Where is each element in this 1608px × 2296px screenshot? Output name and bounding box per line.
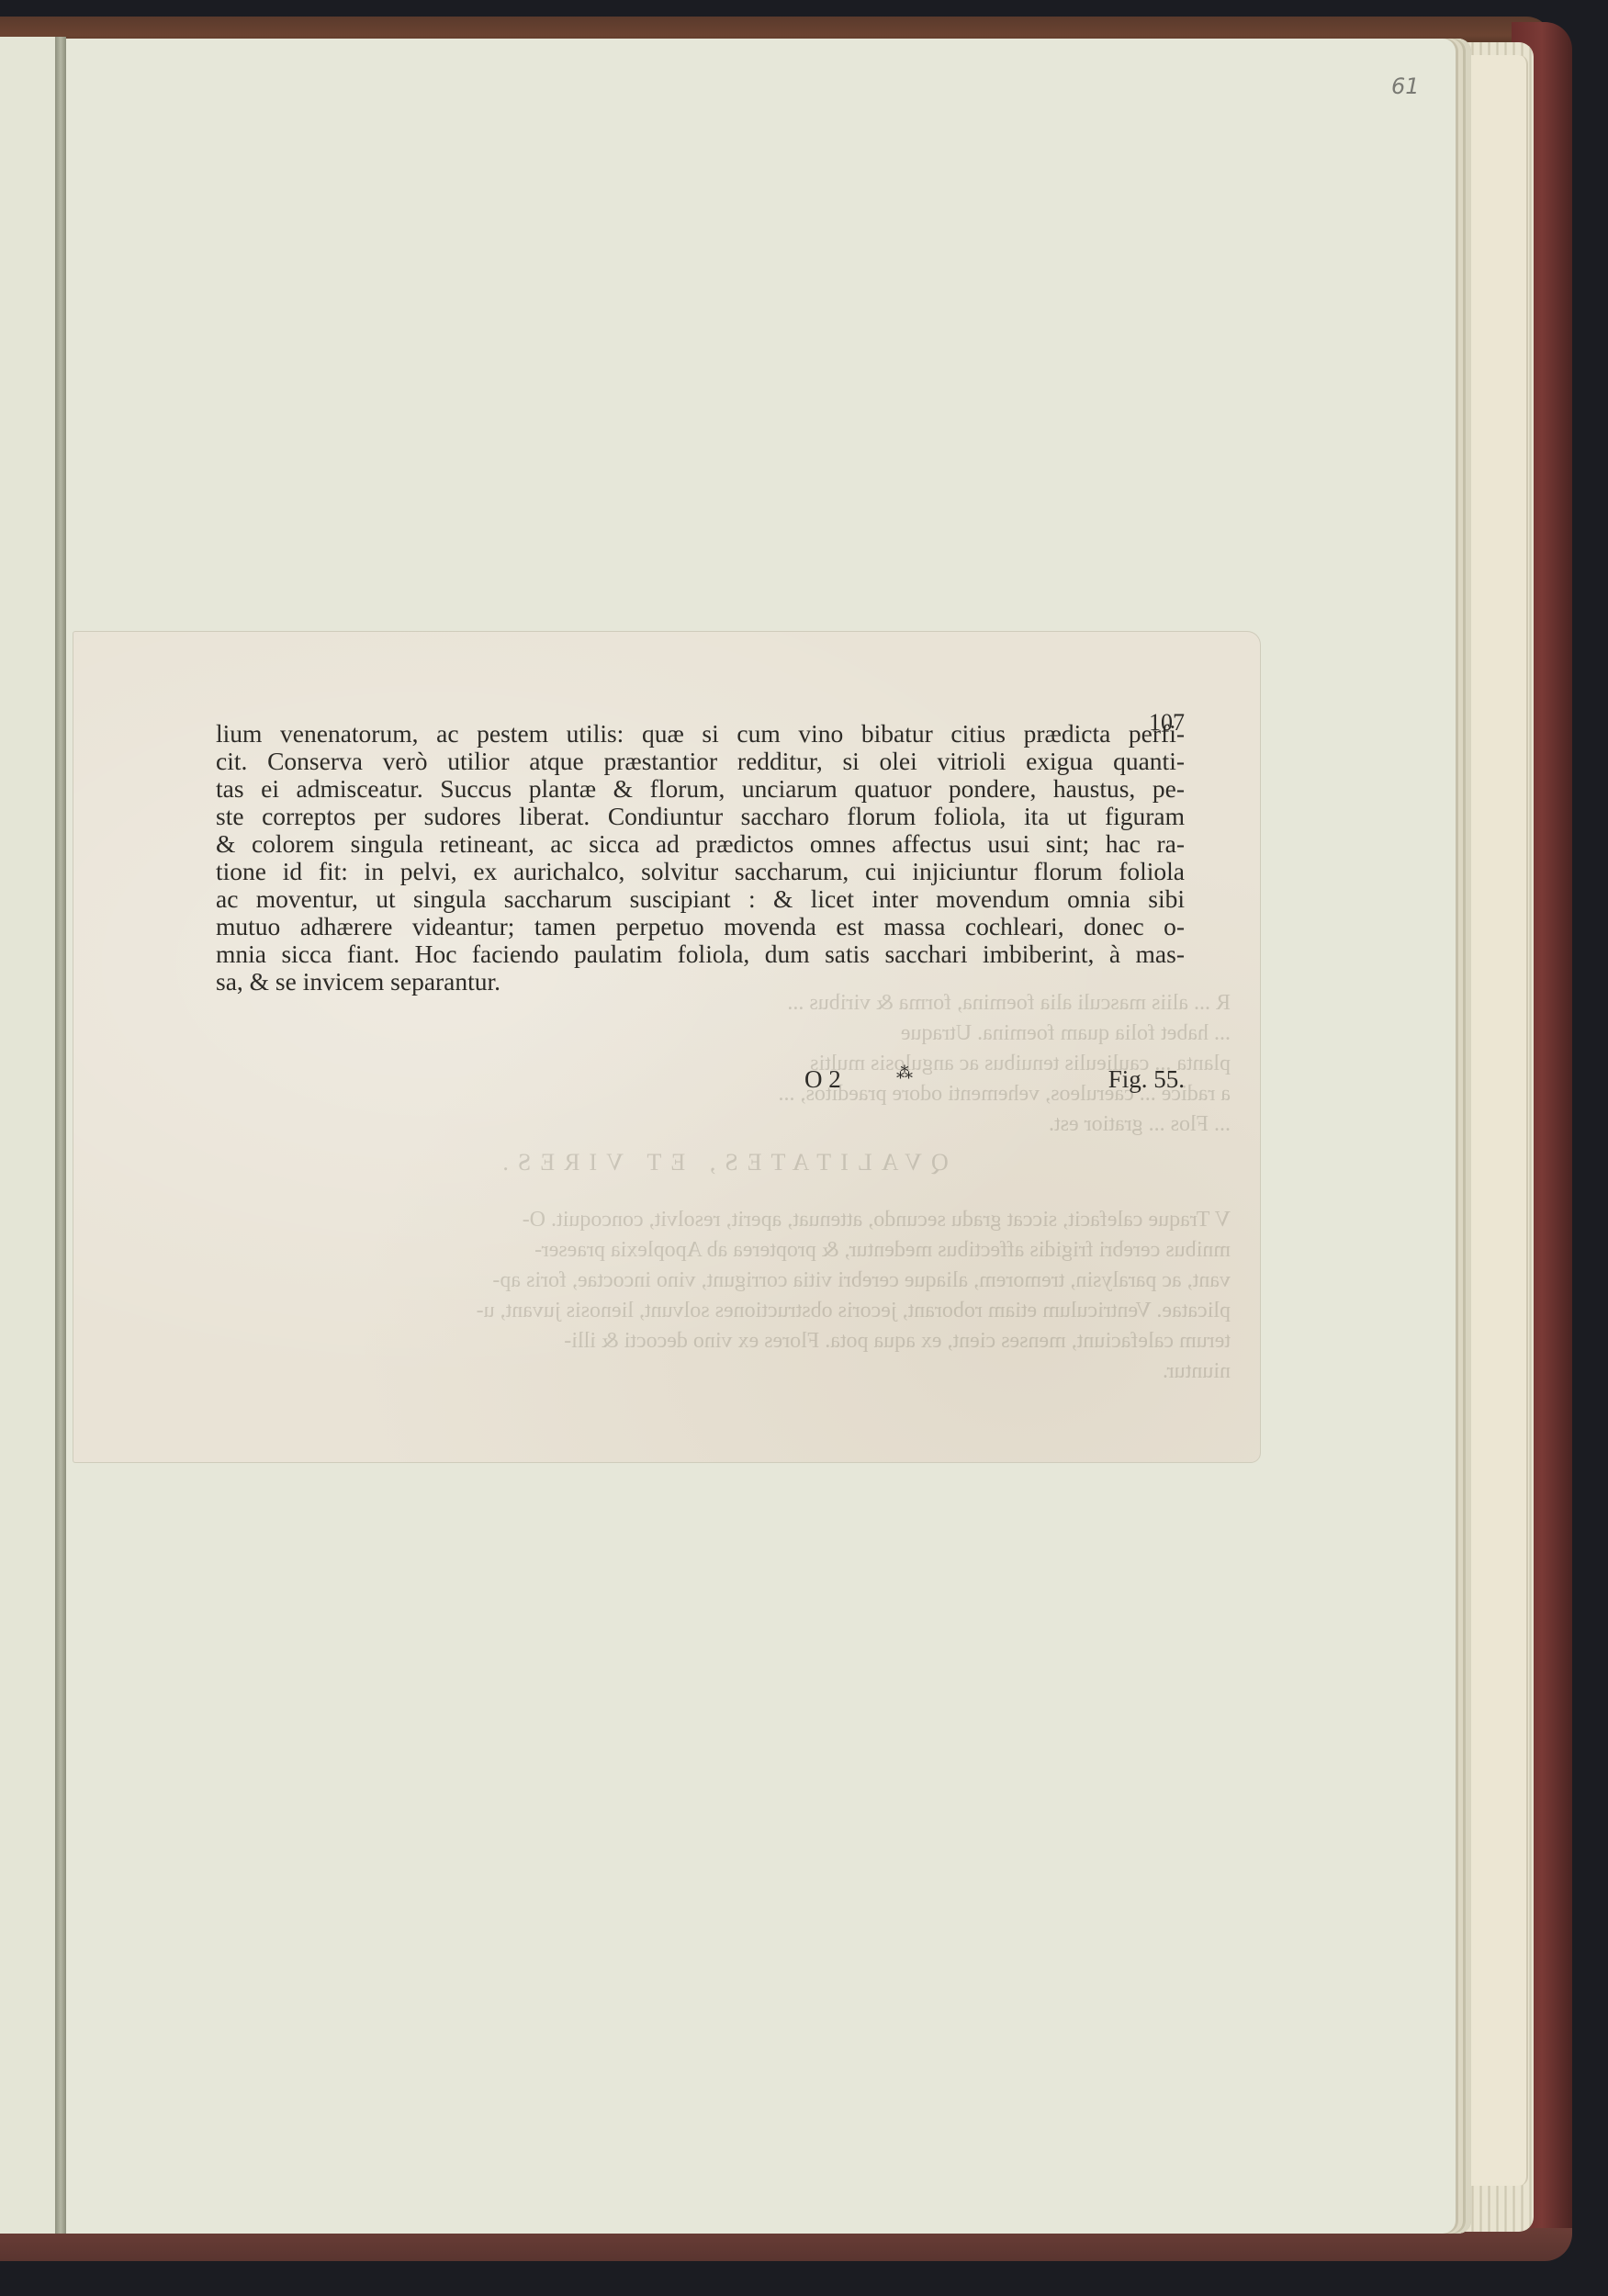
showthrough-line: planta ... caulieulis tenuibus ac angulo…: [211, 1049, 1231, 1079]
showthrough-line: a radice ... caeruleos, vehementi odore …: [211, 1079, 1231, 1109]
showthrough-line: niuntur.: [211, 1356, 1231, 1387]
folio-number: 61: [1391, 73, 1420, 99]
signature-mark-label: O 2: [804, 1065, 841, 1094]
left-page: [0, 37, 55, 2234]
showthrough-line: ... habet folia quam foemina. Utraque: [211, 1019, 1231, 1049]
showthrough-line: mnibus cerebri frigidis affectibus meden…: [211, 1235, 1231, 1266]
showthrough-text: R ... aliis masculi alia foemina, forma …: [211, 988, 1231, 1387]
text-line: cit. Conserva verò utilior atque præstan…: [216, 748, 1185, 775]
showthrough-line: plicatae. Ventriculum etiam roborant, je…: [211, 1296, 1231, 1326]
text-line: lium venenatorum, ac pestem utilis: quæ …: [216, 720, 1185, 748]
printed-text-block: 107 lium venenatorum, ac pestem utilis: …: [216, 720, 1185, 996]
text-line: sa, & se invicem separantur.: [216, 968, 1185, 996]
text-line: & colorem singula retineant, ac sicca ad…: [216, 830, 1185, 858]
figure-label: Fig. 55.: [1108, 1065, 1185, 1094]
pasted-slip: R ... aliis masculi alia foemina, forma …: [73, 632, 1260, 1462]
showthrough-line: vant, ac paralysin, tremorem, aliaque ce…: [211, 1266, 1231, 1296]
showthrough-heading: QVALITATES, ET VIRES.: [211, 1147, 1231, 1177]
text-line: ac moventur, ut singula saccharum suscip…: [216, 885, 1185, 913]
text-line: tione id fit: in pelvi, ex aurichalco, s…: [216, 858, 1185, 885]
text-line: tas ei admisceatur. Succus plantæ & flor…: [216, 775, 1185, 803]
text-line: mnia sicca fiant. Hoc faciendo paulatim …: [216, 940, 1185, 968]
showthrough-line: ... Flos ... gratior est.: [211, 1109, 1231, 1140]
text-line: ste correptos per sudores liberat. Condi…: [216, 803, 1185, 830]
page-number: 107: [1149, 709, 1185, 737]
book-gutter: [55, 37, 66, 2234]
page-edges-inner: [1469, 55, 1528, 2186]
text-line: mutuo adhærere videantur; tamen perpetuo…: [216, 913, 1185, 940]
showthrough-line: terum calefaciunt, menses cient, ex aqua…: [211, 1326, 1231, 1356]
showthrough-line: V Traque calefacit, siccat gradu secundo…: [211, 1205, 1231, 1235]
ornament-icon: ⁂: [896, 1064, 913, 1083]
